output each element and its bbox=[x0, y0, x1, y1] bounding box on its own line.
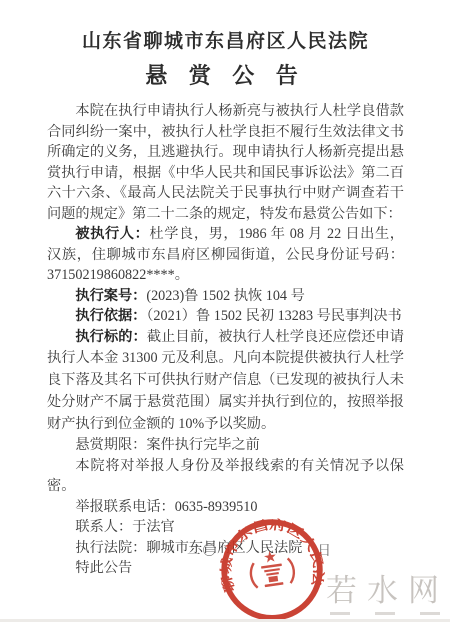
line-report-phone: 举报联系电话：0635-8939510 bbox=[47, 497, 404, 518]
court-name: 山东省聊城市东昌府区人民法院 bbox=[47, 30, 404, 54]
case-no-label: 执行案号： bbox=[75, 288, 146, 304]
notice-page: 山东省聊城市东昌府区人民法院 悬 赏 公 告 本院在执行申请执行人杨新亮与被执行… bbox=[0, 0, 450, 622]
court-seal-icon: 聊城市东昌府区人民法院 bbox=[213, 511, 330, 622]
basis-label: 执行依据： bbox=[75, 308, 146, 324]
line-reward-period: 悬赏期限：案件执行完毕之前 bbox=[47, 435, 404, 456]
paragraph-target: 执行标的：截止目前，被执行人杜学良还应偿还申请执行人本金 31300 元及利息。… bbox=[47, 327, 404, 436]
target-label: 执行标的： bbox=[75, 329, 146, 345]
paragraph-case-no: 执行案号：(2023)鲁 1502 执恢 104 号 bbox=[47, 286, 404, 307]
paragraph-intro: 本院在执行申请执行人杨新亮与被执行人杜学良借款合同纠纷一案中，被执行人杜学良拒不… bbox=[47, 101, 404, 224]
paragraph-basis: 执行依据：（2021）鲁 1502 民初 13283 号民事判决书 bbox=[47, 306, 404, 327]
subject-label: 被执行人： bbox=[75, 226, 149, 242]
paragraph-subject: 被执行人：杜学良，男，1986 年 08 月 22 日出生，汉族，住聊城市东昌府… bbox=[47, 224, 404, 286]
notice-content: 山东省聊城市东昌府区人民法院 悬 赏 公 告 本院在执行申请执行人杨新亮与被执行… bbox=[0, 0, 450, 579]
line-confidentiality: 本院将对举报人身份及举报线索的有关情况予以保密。 bbox=[47, 456, 404, 497]
case-no-text: (2023)鲁 1502 执恢 104 号 bbox=[146, 288, 304, 304]
watermark: 若水网 bbox=[326, 574, 449, 608]
issue-date-start: 二〇 bbox=[187, 539, 218, 559]
watermark-underline-marks bbox=[330, 612, 440, 615]
watermark-text: 若水网 bbox=[326, 573, 449, 608]
basis-text: （2021）鲁 1502 民初 13283 号民事判决书 bbox=[146, 308, 401, 324]
national-emblem-icon bbox=[259, 549, 285, 587]
notice-title: 悬 赏 公 告 bbox=[47, 62, 404, 90]
notice-body: 本院在执行申请执行人杨新亮与被执行人杜学良借款合同纠纷一案中，被执行人杜学良拒不… bbox=[47, 101, 404, 579]
